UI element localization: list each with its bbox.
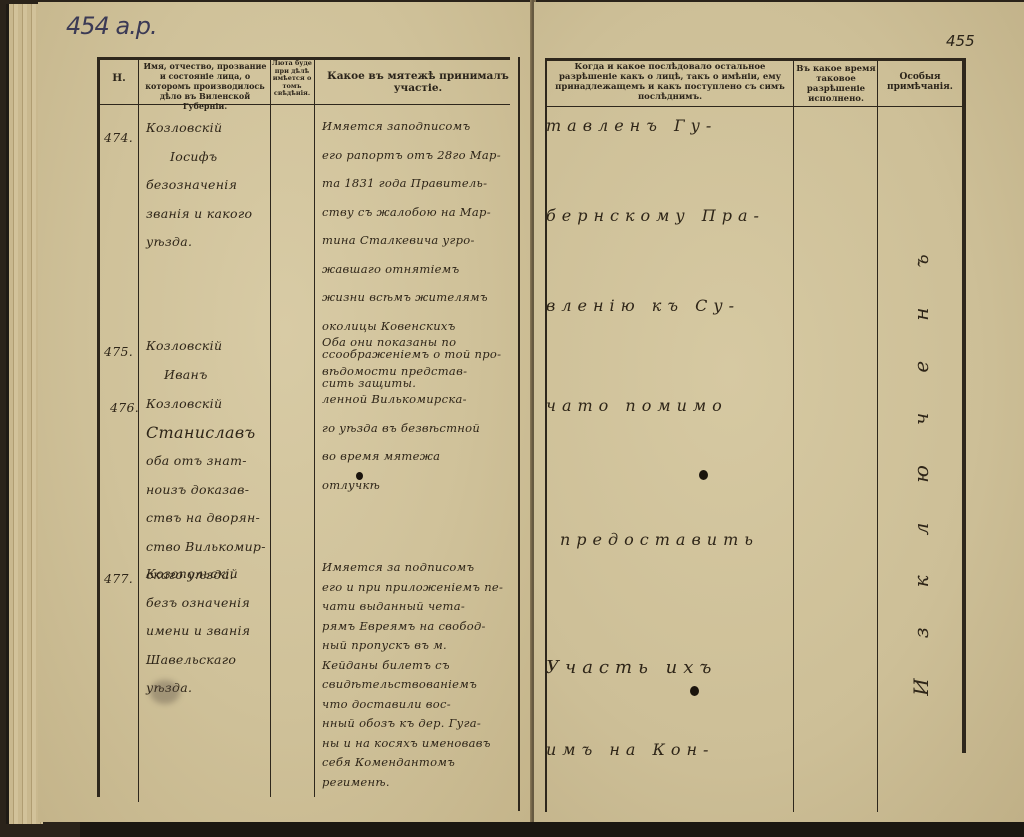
resolution-line: чато помимо	[546, 392, 728, 421]
table-right-rule	[962, 58, 966, 753]
table-left-rule	[97, 57, 100, 797]
row-participation-475-476: Оба они показаны по вѣдомости представ- …	[322, 328, 480, 499]
table-left-rule	[545, 58, 547, 812]
right-folio-number: 455	[946, 32, 975, 50]
resolution-line: вленію къ Су-	[546, 292, 740, 321]
resolution-line: тавленъ Гу-	[546, 112, 717, 141]
header-participation: Какое въ мятежѣ принималъ участіе.	[320, 70, 516, 94]
col-rule	[138, 57, 139, 802]
row-name-475: Козловскій Иванъ	[146, 332, 222, 389]
resolution-line: бернскому Пра-	[546, 202, 765, 231]
header-executed: Въ какое время таковое разрѣшеніе исполн…	[795, 64, 877, 104]
row-name-474: Козловскій Іосифъ безозначенія званія и …	[146, 114, 252, 257]
ink-spot	[690, 686, 699, 696]
col-rule	[314, 57, 315, 797]
col-rule	[270, 57, 271, 797]
left-folio-number: 454 a.p.	[66, 12, 157, 40]
table-top-rule	[546, 58, 964, 61]
ink-spot	[356, 472, 363, 480]
resolution-line: Участь ихъ	[546, 654, 717, 683]
row-participation-477: Имяется за подписомъ его и при приложені…	[322, 558, 503, 792]
row-number: 474.	[104, 124, 133, 153]
resolution-line: имъ на Кон-	[546, 736, 714, 765]
row-number: 476.	[110, 394, 139, 423]
header-property: Люта буде при дѣлѣ имѣется о томъ свѣдѣн…	[272, 60, 312, 98]
header-name: Имя, отчество, прозвание и состояніе лиц…	[142, 61, 268, 111]
row-number: 475.	[104, 338, 133, 367]
col-rule	[877, 58, 878, 812]
remarks-vertical-note: Изключенъ	[903, 130, 933, 780]
smudge	[150, 680, 180, 704]
header-number: Н.	[100, 72, 138, 84]
ledger-spread: 454 a.p. Н. Имя, отчество, прозвание и с…	[0, 0, 1024, 837]
row-number: 477.	[104, 565, 133, 594]
header-resolution: Когда и какое послѣдовало остальное разр…	[548, 62, 792, 102]
page-bottom-shadow	[80, 822, 1024, 837]
header-bottom-rule	[546, 106, 964, 107]
header-remarks: Особыя примѣчанія.	[879, 72, 961, 92]
table-right-rule	[518, 57, 520, 811]
ink-spot	[699, 470, 708, 480]
resolution-line: предоставить	[560, 526, 759, 555]
col-rule	[793, 58, 794, 812]
